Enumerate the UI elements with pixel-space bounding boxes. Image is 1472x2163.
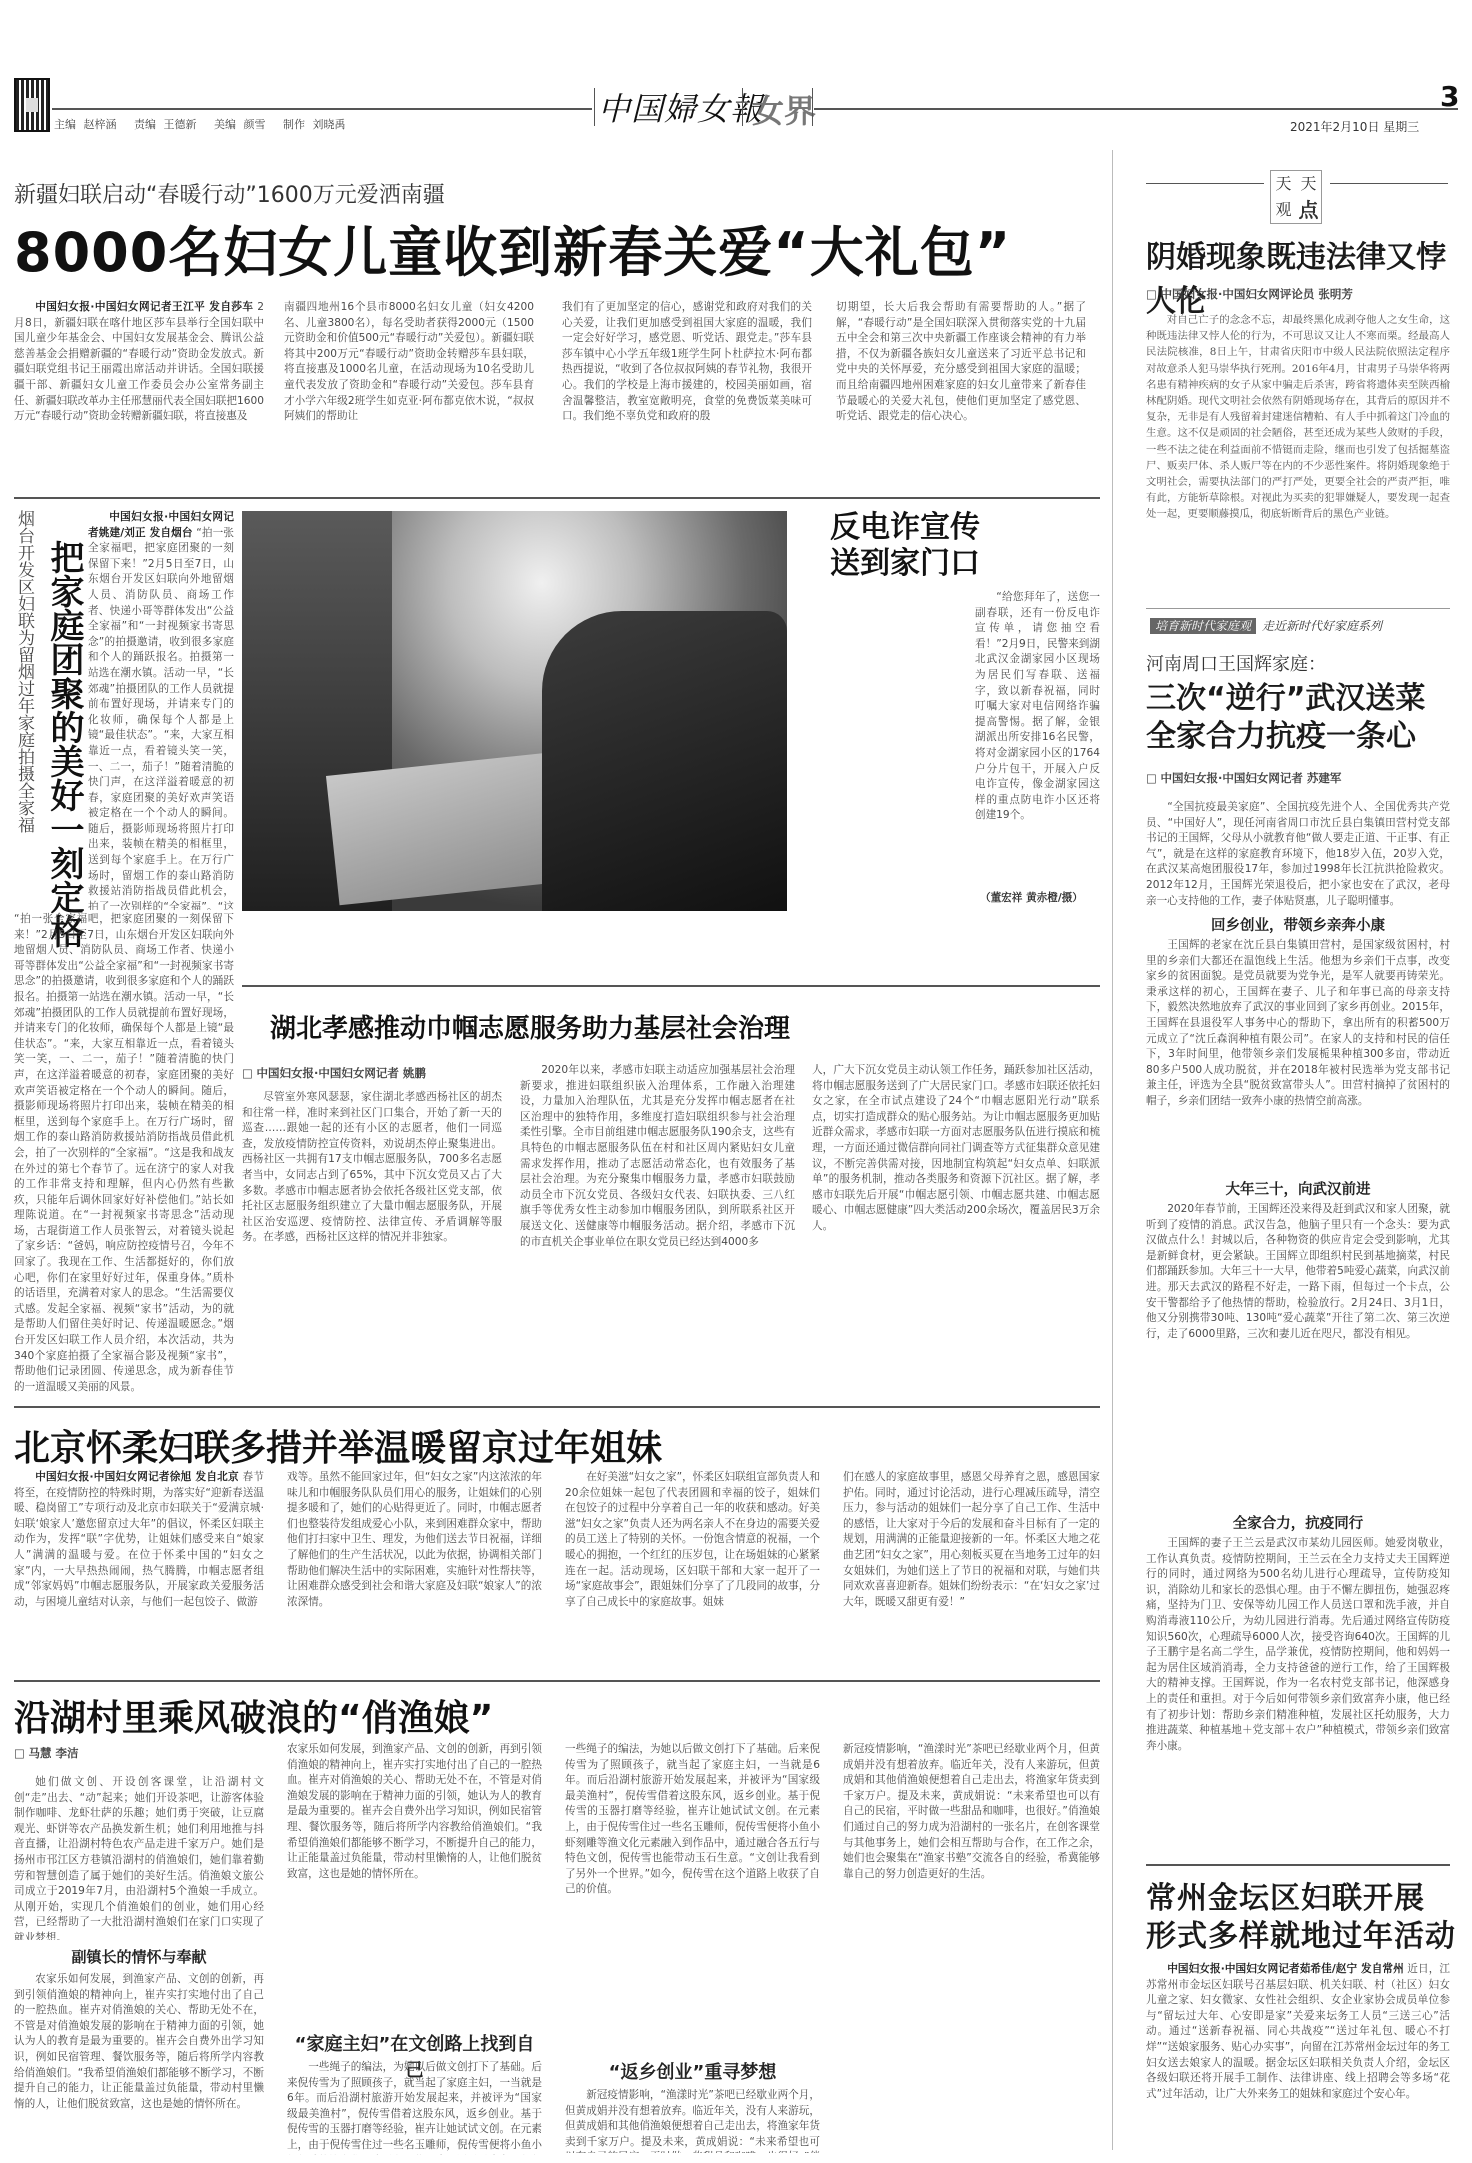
yantai-body-bottom: “拍一张全家福吧，把家庭团聚的一刻保留下来！”2月5日至7日，山东烟台开发区妇联…	[14, 912, 234, 1402]
beijing-column-3: 在好美滋“妇女之家”，怀柔区妇联组宣部负责人和20余位姐妹一起包了代表团圆和幸福…	[565, 1470, 820, 1670]
badge-char: 天	[1271, 171, 1296, 197]
header-rule-right	[814, 108, 1458, 110]
photo-police-officer	[542, 611, 787, 911]
yantai-vertical-headline: 把家庭团聚的美好一刻定格	[44, 540, 84, 948]
beijing-bottom-rule	[14, 1680, 1100, 1682]
opinion-body: 对自己亡子的念念不忘，却最终黑化成剥夺他人之女生命，这种既违法律又悖人伦的行为，…	[1146, 312, 1450, 587]
beijing-col1-text: 春节将至，在疫情防控的特殊时期，为落实好“迎新春送温暖、稳岗留工”专项行动及北京…	[14, 1471, 264, 1608]
yantai-text: “拍一张全家福吧，把家庭团聚的一刻保留下来！”2月5日至7日，山东烟台开发区妇联…	[88, 527, 234, 910]
beijing-column-1: 中国妇女报·中国妇女网记者徐旭 发自北京 春节将至，在疫情防控的特殊时期，为落实…	[14, 1470, 264, 1670]
jintan-body: 中国妇女报·中国妇女网记者茹希佳/赵宁 发自常州 近日，江苏常州市金坛区妇联号召…	[1146, 1962, 1450, 2152]
jintan-rule	[1146, 1864, 1450, 1866]
family-headline-line1: 三次“逆行”武汉送菜	[1146, 680, 1425, 718]
newspaper-logo: 中国婦女報	[598, 84, 763, 130]
yuniang-column-1a: 她们做文创、开设创客课堂，让沿湖村文创“走”出去、“动”起来；她们开设茶吧，让游…	[14, 1775, 264, 1940]
photo-bottom-rule	[242, 985, 1100, 987]
badge-char: 天	[1296, 171, 1321, 197]
section-divider-left	[742, 88, 743, 126]
yuniang-column-4: 新冠疫情影响，“渔漾时光”茶吧已经歇业两个月，但黄成娟并没有想着放弃。临近年关，…	[843, 1742, 1100, 2152]
hubei-column-3: 人，广大下沉女党员主动认领工作任务，踊跃参加社区活动，将巾帼志愿服务送到了广大居…	[812, 1063, 1100, 1401]
family-subhead-1: 回乡创业，带领乡亲奔小康	[1146, 914, 1450, 935]
family-section-3: 2020年春节前，王国辉还没来得及赶到武汉和家人团聚，就听到了疫情的消息。武汉告…	[1146, 1202, 1450, 1514]
beijing-column-4: 们在感人的家庭故事里，感恩父母养育之恩，感恩国家护佑。同时，通过讨论活动，进行心…	[843, 1470, 1100, 1670]
hubei-headline: 湖北孝感推动巾帼志愿服务助力基层社会治理	[270, 1008, 790, 1045]
yuniang-headline: 沿湖村里乘风破浪的“俏渔娘”	[14, 1690, 493, 1741]
yuniang-column-2: 农家乐如何发展，到渔家产品、文创的创新，再到引领俏渔娘的精神向上，崔卉实打实地付…	[287, 1742, 542, 2022]
yuniang-byline: 马慧 李洁	[14, 1745, 79, 1761]
hubei-column-1: 尽管室外寒风瑟瑟，家住湖北孝感西杨社区的胡杰和往常一样，准时来到社区门口集合，开…	[242, 1090, 502, 1400]
beijing-column-2: 戏等。虽然不能回家过年，但“妇女之家”内这浓浓的年味儿和巾帼服务队队员们用心的服…	[287, 1470, 542, 1670]
family-section-2: 王国辉的老家在沈丘县白集镇田营村，是国家级贫困村，村里的乡亲们大都还在温饱线上生…	[1146, 938, 1450, 1172]
yuniang-column-3: 一些绳子的编法，为她以后做文创打下了基础。后来倪传雪为了照顾孩子，就当起了家庭主…	[565, 1742, 820, 2047]
family-headline: 三次“逆行”武汉送菜 全家合力抗疫一条心	[1146, 680, 1425, 756]
opinion-rule-right	[1330, 183, 1448, 184]
lead-column-1: 中国妇女报·中国妇女网记者王江平 发自莎车 2月8日，新疆妇联在喀什地区莎车县举…	[14, 300, 264, 460]
right-column-divider	[1112, 150, 1113, 2150]
family-section-1: “全国抗疫最美家庭”、全国抗疫先进个人、全国优秀共产党员、“中国好人”，现任河南…	[1146, 800, 1450, 908]
masthead-divider	[594, 88, 595, 126]
lead-column-3: 我们有了更加坚定的信心，感谢党和政府对我们的关心关爱，让我们更加感受到祖国大家庭…	[562, 300, 812, 460]
photo-title-line1: 反电诈宣传	[830, 510, 980, 546]
credit-producer: 制作 刘晓禹	[283, 118, 346, 131]
yuniang-subhead-3: “返乡创业”重寻梦想	[565, 2058, 820, 2084]
opinion-badge: 天 天 观 点	[1270, 170, 1322, 224]
photo-story-title: 反电诈宣传 送到家门口	[830, 510, 980, 582]
badge-char: 点	[1296, 197, 1321, 223]
series-rule	[1146, 608, 1450, 609]
yantai-body-top: 中国妇女报·中国妇女网记者姚建/刘正 发自烟台 “拍一张全家福吧，把家庭团聚的一…	[88, 510, 234, 910]
opinion-rule-left	[1146, 183, 1264, 184]
badge-char: 观	[1271, 197, 1296, 223]
series-name: 走近新时代好家庭系列	[1262, 619, 1382, 633]
family-kicker: 河南周口王国辉家庭：	[1146, 650, 1326, 676]
jintan-headline-line1: 常州金坛区妇联开展	[1146, 1880, 1456, 1918]
credit-art-editor: 美编 颜雪	[214, 118, 266, 131]
header-rule-left	[52, 108, 592, 110]
section-name: 女界	[752, 86, 816, 132]
credit-editor: 责编 王德新	[134, 118, 197, 131]
lead-col1-text: 2月8日，新疆妇联在喀什地区莎车县举行全国妇联中国儿童少年基金会、中国妇女发展基…	[14, 301, 264, 422]
yuniang-column-3b: 新冠疫情影响，“渔漾时光”茶吧已经歇业两个月，但黄成娟并没有想着放弃。临近年关，…	[565, 2088, 820, 2153]
lead-dateline: 中国妇女报·中国妇女网记者王江平 发自莎车	[35, 301, 253, 313]
lead-column-2: 南疆四地州16个县市8000名妇女儿童（妇女4200名、儿童3800名），每名受…	[284, 300, 534, 460]
section-divider-right	[812, 88, 813, 126]
hubei-column-2: 2020年以来，孝感市妇联主动适应加强基层社会治理新要求，推进妇联组织嵌入治理体…	[520, 1063, 795, 1401]
lead-headline: 8000名妇女儿童收到新春关爱“大礼包”	[14, 210, 1011, 287]
qr-code	[14, 78, 50, 132]
yantai-vertical-kicker: 烟台开发区妇联为留烟过年家庭拍摄全家福	[14, 510, 34, 833]
yuniang-column-1b: 农家乐如何发展，到渔家产品、文创的创新，再到引领俏渔娘的精神向上，崔卉实打实地付…	[14, 1972, 264, 2152]
anti-fraud-photo	[242, 511, 787, 911]
family-byline: 中国妇女报·中国妇女网记者 苏建军	[1146, 770, 1341, 786]
credit-chief-editor: 主编 赵梓涵	[54, 118, 117, 131]
series-label: 培育新时代家庭观	[1150, 618, 1256, 634]
lead-column-4: 切期望，长大后我会帮助有需要帮助的人。”据了解，“春暖行动”是全国妇联深入贯彻落…	[836, 300, 1086, 460]
photo-credit: （董宏祥 黄赤橙/摄）	[980, 890, 1083, 905]
jintan-headline: 常州金坛区妇联开展 形式多样就地过年活动	[1146, 1880, 1456, 1956]
family-section-4: 王国辉的妻子王兰云是武汉市某幼儿园医师。她爱岗敬业，工作认真负责。疫情防控期间，…	[1146, 1536, 1450, 1848]
jintan-text: 近日，江苏常州市金坛区妇联号召基层妇联、机关妇联、村（社区）妇女儿童之家、妇女微…	[1146, 1963, 1450, 2100]
lead-bottom-rule	[14, 497, 1100, 499]
page-number: 3	[1440, 80, 1459, 113]
family-subhead-3: 全家合力，抗疫同行	[1146, 1512, 1450, 1533]
hubei-byline: 中国妇女报·中国妇女网记者 姚鹏	[242, 1065, 426, 1081]
opinion-byline: 中国妇女报·中国妇女网评论员 张明芳	[1146, 286, 1353, 302]
lead-kicker: 新疆妇联启动“春暖行动”1600万元爱洒南疆	[14, 178, 445, 209]
family-headline-line2: 全家合力抗疫一条心	[1146, 718, 1425, 756]
hubei-bottom-rule	[14, 1406, 1100, 1408]
photo-title-line2: 送到家门口	[830, 546, 980, 582]
editor-credits: 主编 赵梓涵 责编 王德新 美编 颜雪 制作 刘晓禹	[54, 116, 356, 132]
yuniang-column-2b: 一些绳子的编法，为她以后做文创打下了基础。后来倪传雪为了照顾孩子，就当起了家庭主…	[287, 2060, 542, 2155]
jintan-headline-line2: 形式多样就地过年活动	[1146, 1918, 1456, 1956]
beijing-headline: 北京怀柔妇联多措并举温暖留京过年姐妹	[14, 1420, 662, 1471]
photo-story-body: “给您拜年了，送您一副春联，还有一份反电诈宣传单，请您抽空看看！”2月9日，民警…	[975, 590, 1100, 890]
beijing-dateline: 中国妇女报·中国妇女网记者徐旭 发自北京	[35, 1471, 239, 1483]
yuniang-subhead-1: 副镇长的情怀与奉献	[14, 1946, 264, 1967]
issue-date: 2021年2月10日 星期三	[1290, 118, 1419, 135]
opinion-headline: 阴婚现象既违法律又悖人伦	[1146, 232, 1472, 320]
jintan-dateline: 中国妇女报·中国妇女网记者茹希佳/赵宁 发自常州	[1167, 1963, 1404, 1975]
series-tag: 培育新时代家庭观走近新时代好家庭系列	[1150, 617, 1382, 634]
family-subhead-2: 大年三十，向武汉前进	[1146, 1178, 1450, 1199]
